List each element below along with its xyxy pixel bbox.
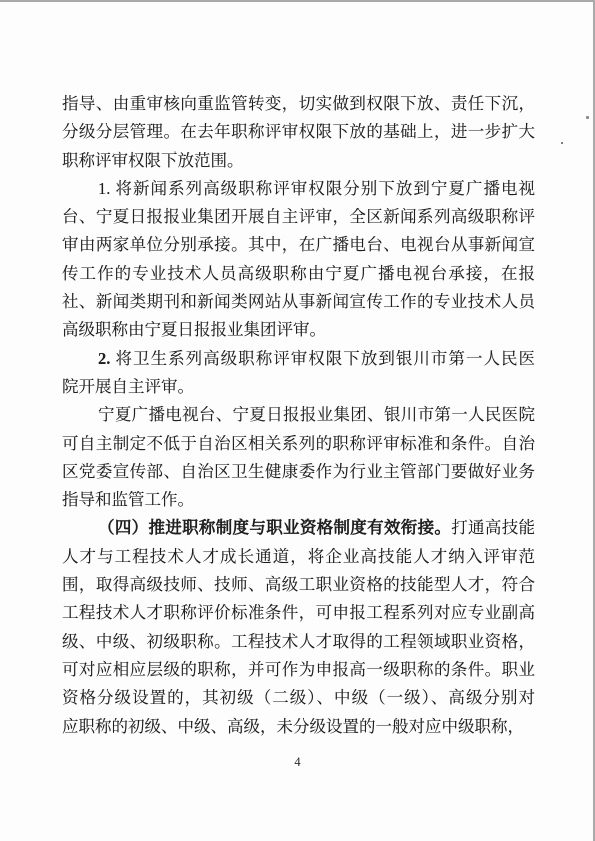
text-line: 指导和监管工作。 <box>62 486 535 514</box>
text-line: 可自主制定不低于自治区相关系列的职称评审标准和条件。自治 <box>62 430 535 458</box>
text-line: 可对应相应层级的职称，并可作为申报高一级职称的条件。职业 <box>62 656 535 684</box>
text-line: 工程技术人才职称评价标准条件，可申报工程系列对应专业副高 <box>62 599 535 627</box>
text-line-section-heading: （四）推进职称制度与职业资格制度有效衔接。打通高技能 <box>62 514 535 542</box>
text-line: 高级职称由宁夏日报报业集团评审。 <box>62 316 535 344</box>
scanned-document-page: { "doc": { "page_number": "4", "lines": … <box>0 0 595 841</box>
scan-speck <box>586 116 589 119</box>
text-line: 应职称的初级、中级、高级，未分级设置的一般对应中级职称， <box>62 713 535 741</box>
text-line: 社、新闻类期刊和新闻类网站从事新闻宣传工作的专业技术人员 <box>62 288 535 316</box>
text-run: 将卫生系列高级职称评审权限下放到银川市第一人民医 <box>116 349 535 368</box>
text-line: 资格分级设置的，其初级（二级）、中级（一级）、高级分别对 <box>62 684 535 712</box>
text-line-numbered-item-2: 2. 将卫生系列高级职称评审权限下放到银川市第一人民医 <box>62 345 535 373</box>
text-line: 宁夏广播电视台、宁夏日报报业集团、银川市第一人民医院 <box>62 401 535 429</box>
bold-run: 2. <box>98 349 116 368</box>
scan-speck <box>174 151 176 153</box>
document-body-text: 指导、由重审核向重监管转变，切实做到权限下放、责任下沉， 分级分层管理。在去年职… <box>62 90 535 741</box>
text-line: 围，取得高级技师、技师、高级工职业资格的技能型人才，符合 <box>62 571 535 599</box>
page-number: 4 <box>0 755 595 770</box>
text-run: 打通高技能 <box>451 518 535 537</box>
text-line-numbered-item-1: 1. 将新闻系列高级职称评审权限分别下放到宁夏广播电视 <box>62 175 535 203</box>
text-line: 人才与工程技术人才成长通道，将企业高技能人才纳入评审范 <box>62 543 535 571</box>
section-heading-bold-run: （四）推进职称制度与职业资格制度有效衔接。 <box>98 518 451 537</box>
text-line: 分级分层管理。在去年职称评审权限下放的基础上，进一步扩大 <box>62 118 535 146</box>
text-line: 职称评审权限下放范围。 <box>62 147 535 175</box>
scan-speck <box>561 142 563 144</box>
text-line: 传工作的专业技术人员高级职称由宁夏广播电视台承接，在报 <box>62 260 535 288</box>
text-line: 区党委宣传部、自治区卫生健康委作为行业主管部门要做好业务 <box>62 458 535 486</box>
text-line: 院开展自主评审。 <box>62 373 535 401</box>
text-line: 级、中级、初级职称。工程技术人才取得的工程领域职业资格， <box>62 628 535 656</box>
scan-edge-top <box>0 0 595 2</box>
text-line: 审由两家单位分别承接。其中，在广播电台、电视台从事新闻宣 <box>62 231 535 259</box>
text-line: 台、宁夏日报报业集团开展自主评审，全区新闻系列高级职称评 <box>62 203 535 231</box>
text-line: 指导、由重审核向重监管转变，切实做到权限下放、责任下沉， <box>62 90 535 118</box>
